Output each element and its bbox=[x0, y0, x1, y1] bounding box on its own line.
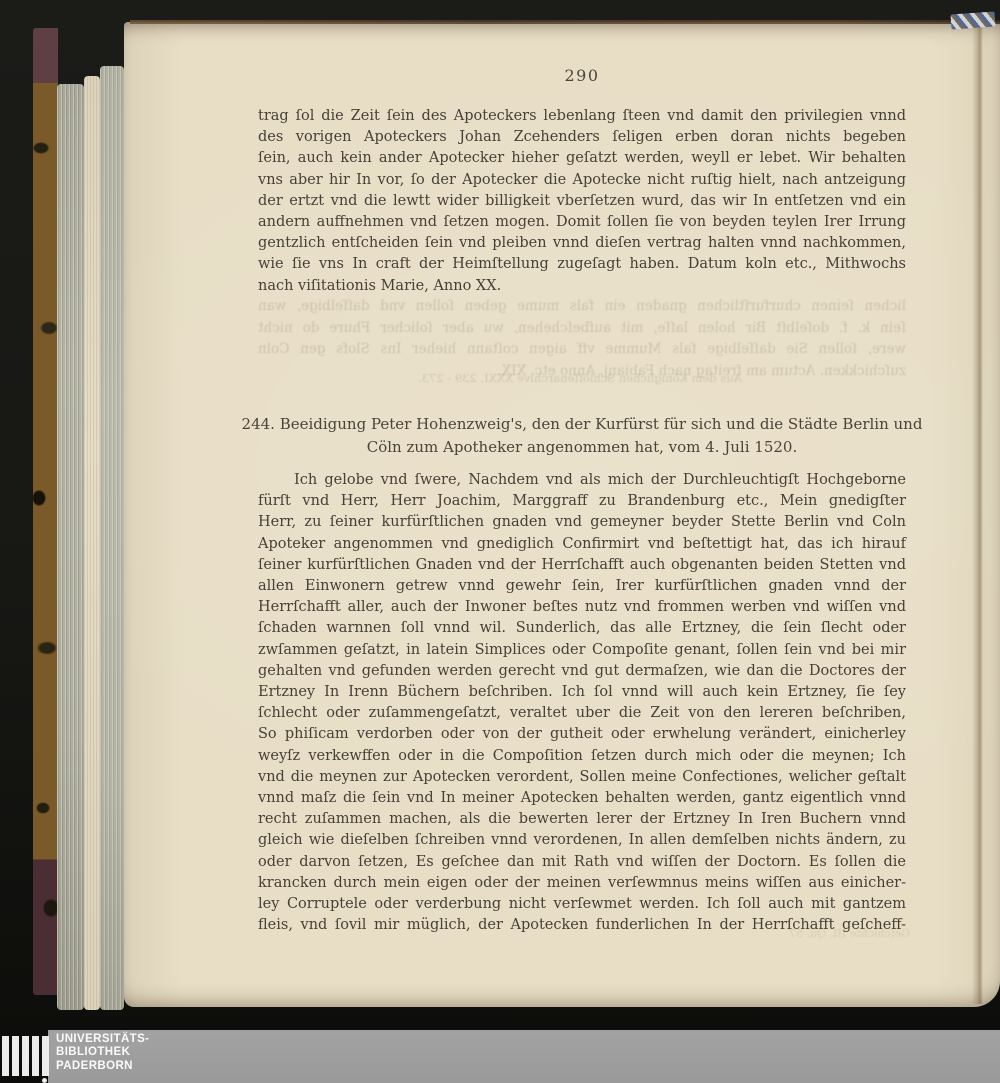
text-line: Ertzney In Irenn Büchern beſchriben. Ich… bbox=[258, 682, 906, 703]
text-line: gentzlich entſcheiden ſein vnd pleiben v… bbox=[258, 233, 906, 254]
heading-line-1: 244. Beeidigung Peter Hohenzweig's, den … bbox=[240, 413, 924, 436]
page-stack-edge-inner bbox=[100, 66, 124, 1010]
text-line: Ich gelobe vnd ſwere, Nachdem vnd als mi… bbox=[258, 470, 906, 491]
bleedthrough-source-note: Aus dem Königlichen Schloſſenarchive XXX… bbox=[300, 371, 860, 385]
text-line: wie ſie vns In craft der Heimſtellung zu… bbox=[258, 254, 906, 275]
text-line: Herrſchafft aller, auch der Inwoner beſt… bbox=[258, 597, 906, 618]
page-stack-edge-middle bbox=[84, 76, 100, 1010]
library-name-line-2: BIBLIOTHEK bbox=[56, 1046, 149, 1059]
document-heading: 244. Beeidigung Peter Hohenzweig's, den … bbox=[240, 413, 924, 459]
text-line: Apoteker angenommen vnd gnediglich Confi… bbox=[258, 534, 906, 555]
oath-paragraph: Ich gelobe vnd ſwere, Nachdem vnd als mi… bbox=[258, 470, 906, 936]
text-line: vnd die meynen zur Apotecken verordent, … bbox=[258, 767, 906, 788]
book-cover-marbled-edge bbox=[33, 28, 58, 995]
page-stack-edge-outer bbox=[57, 84, 84, 1010]
text-line: So phiſicam verdorben oder von der guthe… bbox=[258, 724, 906, 745]
text-line: gleich wie dieſelben ſchreiben vnnd vero… bbox=[258, 830, 906, 851]
text-line: gehalten vnd gefunden werden gerecht vnd… bbox=[258, 661, 906, 682]
text-line: oder darvon ſetzen, Es geſchee dan mit R… bbox=[258, 852, 906, 873]
ub-paderborn-logo-icon bbox=[2, 1036, 49, 1076]
page-number: 290 bbox=[258, 66, 906, 85]
heading-line-2: Cöln zum Apotheker angenommen hat, vom 4… bbox=[240, 436, 924, 459]
text-line: vnnd maſz die ſein vnd In meiner Apoteck… bbox=[258, 788, 906, 809]
text-line: Herr, zu ſeiner kurfürſtlichen gnaden vn… bbox=[258, 512, 906, 533]
text-line: vns aber hir In vor, ſo der Apotecker di… bbox=[258, 170, 906, 191]
text-line: andern auffnehmen vnd ſetzen mogen. Domi… bbox=[258, 212, 906, 233]
library-footer-bar bbox=[48, 1030, 1000, 1083]
text-line: krancken durch mein eigen oder der meine… bbox=[258, 873, 906, 894]
library-name-line-3: PADERBORN bbox=[56, 1060, 149, 1073]
library-name: UNIVERSITÄTS- BIBLIOTHEK PADERBORN bbox=[56, 1033, 149, 1073]
page-top-edge bbox=[130, 20, 1000, 24]
text-line: were, ſollen Sie daſſelbige fals Mumme v… bbox=[258, 339, 906, 361]
text-line: recht zuſammen machen, als die bewerten … bbox=[258, 809, 906, 830]
book-headband bbox=[951, 11, 996, 29]
text-line: ſchaden warnnen ſoll vnnd wil. Sunderlic… bbox=[258, 618, 906, 639]
ub-paderborn-logo-dot bbox=[42, 1078, 47, 1083]
text-line: des vorigen Apoteckers Johan Zcehenders … bbox=[258, 127, 906, 148]
text-line: fürſt vnd Herr, Herr Joachim, Marggraff … bbox=[258, 491, 906, 512]
text-line: ley Corruptele oder verderbung nicht ver… bbox=[258, 894, 906, 915]
page-gutter-shadow bbox=[972, 26, 986, 1004]
bleedthrough-footer: Geſchichte III. Qu. 57 bbox=[560, 927, 910, 940]
book-scan-photo: 290 trag ſol die Zeit ſein des Apotecker… bbox=[0, 0, 1000, 1083]
text-line: nach viſitationis Marie, Anno XX. bbox=[258, 276, 906, 297]
text-line: ſein, auch kein ander Apotecker hieher g… bbox=[258, 148, 906, 169]
text-line: der ertzt vnd die lewtt wider billigkeit… bbox=[258, 191, 906, 212]
paragraph-continuation: trag ſol die Zeit ſein des Apoteckers le… bbox=[258, 106, 906, 297]
library-name-line-1: UNIVERSITÄTS- bbox=[56, 1033, 149, 1046]
text-line: trag ſol die Zeit ſein des Apoteckers le… bbox=[258, 106, 906, 127]
text-line: allen Einwonern getrew vnnd gewehr ſein,… bbox=[258, 576, 906, 597]
text-line: ſeiner kurfürſtlichen Gnaden vnd der Her… bbox=[258, 555, 906, 576]
text-line: weyſz verkewffen oder in die Compoſition… bbox=[258, 746, 906, 767]
text-line: lichen ſeinen churfurſtlichen gnaden ein… bbox=[258, 296, 906, 318]
text-line: ſchlecht oder zuſammengeſatzt, veraltet … bbox=[258, 703, 906, 724]
bleedthrough-text: lichen ſeinen churfurſtlichen gnaden ein… bbox=[258, 296, 906, 382]
text-line: ſein k. f. doſelbſt Bir holen laſſe, mit… bbox=[258, 318, 906, 340]
text-line: zwſammen geſatzt, in latein Simplices od… bbox=[258, 640, 906, 661]
